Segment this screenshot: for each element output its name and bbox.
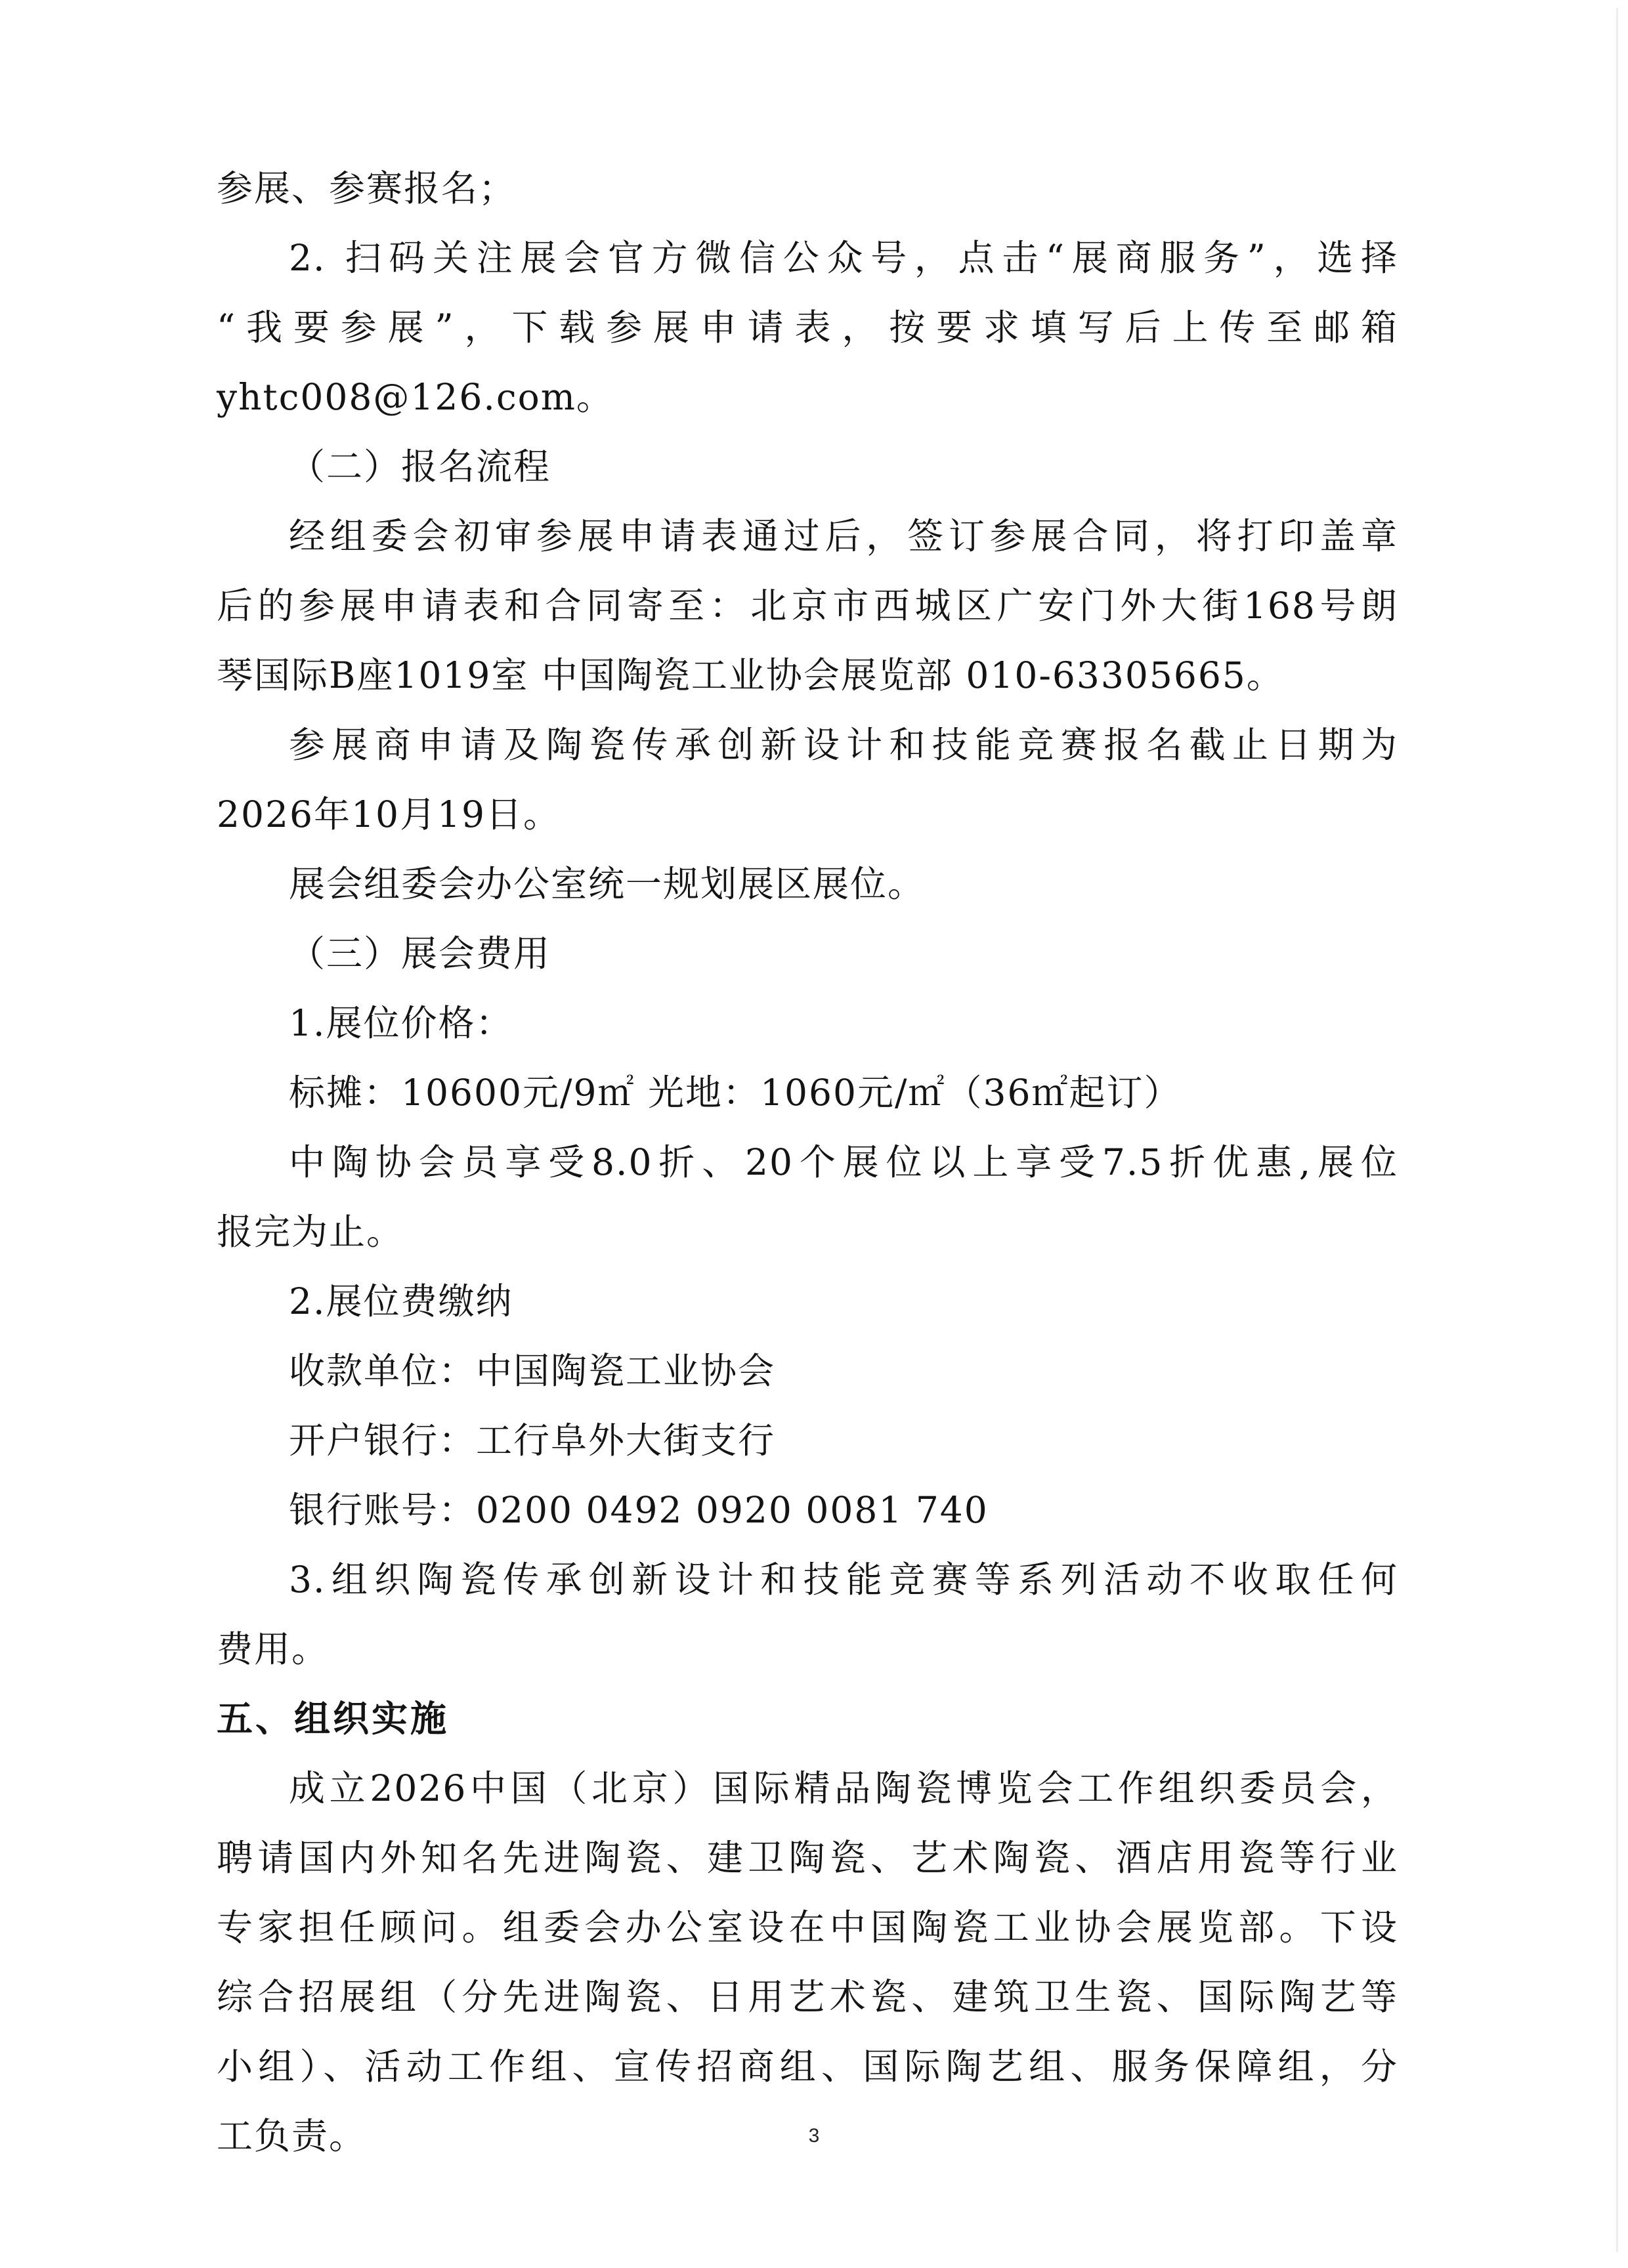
section-heading-organization: 五、组织实施 <box>217 1684 1398 1753</box>
text-line-working-groups: 小组）、活动工作组、宣传招商组、国际陶艺组、服务保障组，分 <box>217 2032 1398 2101</box>
text-line-review-contract: 经组委会初审参展申请表通过后，签订参展合同，将打印盖章 <box>217 501 1398 571</box>
text-line-download-form: “我要参展”，下载参展申请表，按要求填写后上传至邮箱 <box>217 293 1398 362</box>
subheading-exhibition-fees: （三）展会费用 <box>217 919 1398 988</box>
text-line-groups: 综合招展组（分先进陶瓷、日用艺术瓷、建筑卫生瓷、国际陶艺等 <box>217 1962 1398 2032</box>
scan-edge-line <box>1616 8 1618 2252</box>
subheading-registration-process: （二）报名流程 <box>217 432 1398 501</box>
text-line-payment-title: 2.展位费缴纳 <box>217 1267 1398 1336</box>
text-line-wechat-step: 2. 扫码关注展会官方微信公众号，点击“展商服务”，选择 <box>217 223 1398 293</box>
text-line-fees-end: 费用。 <box>217 1614 1398 1684</box>
text-line-bank: 开户银行：工行阜外大街支行 <box>217 1406 1398 1475</box>
document-body: 参展、参赛报名； 2. 扫码关注展会官方微信公众号，点击“展商服务”，选择 “我… <box>217 154 1398 2171</box>
text-line-until-sold-out: 报完为止。 <box>217 1197 1398 1267</box>
document-page: 参展、参赛报名； 2. 扫码关注展会官方微信公众号，点击“展商服务”，选择 “我… <box>0 0 1628 2268</box>
text-line-payee: 收款单位：中国陶瓷工业协会 <box>217 1336 1398 1406</box>
text-line-mailing-address: 后的参展申请表和合同寄至：北京市西城区广安门外大街168号朗 <box>217 571 1398 640</box>
text-line-free-activities: 3.组织陶瓷传承创新设计和技能竞赛等系列活动不收取任何 <box>217 1545 1398 1614</box>
text-line-account-number: 银行账号：0200 0492 0920 0081 740 <box>217 1475 1398 1545</box>
text-line-email: yhtc008@126.com。 <box>217 362 1398 432</box>
text-line-booth-prices: 标摊：10600元/9㎡ 光地：1060元/㎡（36㎡起订） <box>217 1058 1398 1127</box>
text-line-member-discount: 中陶协会员享受8.0折、20个展位以上享受7.5折优惠,展位 <box>217 1127 1398 1197</box>
text-line-office: 专家担任顾问。组委会办公室设在中国陶瓷工业协会展览部。下设 <box>217 1893 1398 1962</box>
text-line-booth-planning: 展会组委会办公室统一规划展区展位。 <box>217 849 1398 919</box>
page-number: 3 <box>0 2125 1628 2147</box>
text-line-address-phone: 琴国际B座1019室 中国陶瓷工业协会展览部 010-63305665。 <box>217 640 1398 710</box>
text-line-deadline: 参展商申请及陶瓷传承创新设计和技能竞赛报名截止日期为 <box>217 710 1398 780</box>
text-line-advisors: 聘请国内外知名先进陶瓷、建卫陶瓷、艺术陶瓷、酒店用瓷等行业 <box>217 1823 1398 1893</box>
text-line-deadline-date: 2026年10月19日。 <box>217 780 1398 849</box>
text-line-committee: 成立2026中国（北京）国际精品陶瓷博览会工作组织委员会， <box>217 1753 1398 1823</box>
text-line-booth-price-title: 1.展位价格： <box>217 988 1398 1058</box>
text-line-registration-end: 参展、参赛报名； <box>217 154 1398 223</box>
